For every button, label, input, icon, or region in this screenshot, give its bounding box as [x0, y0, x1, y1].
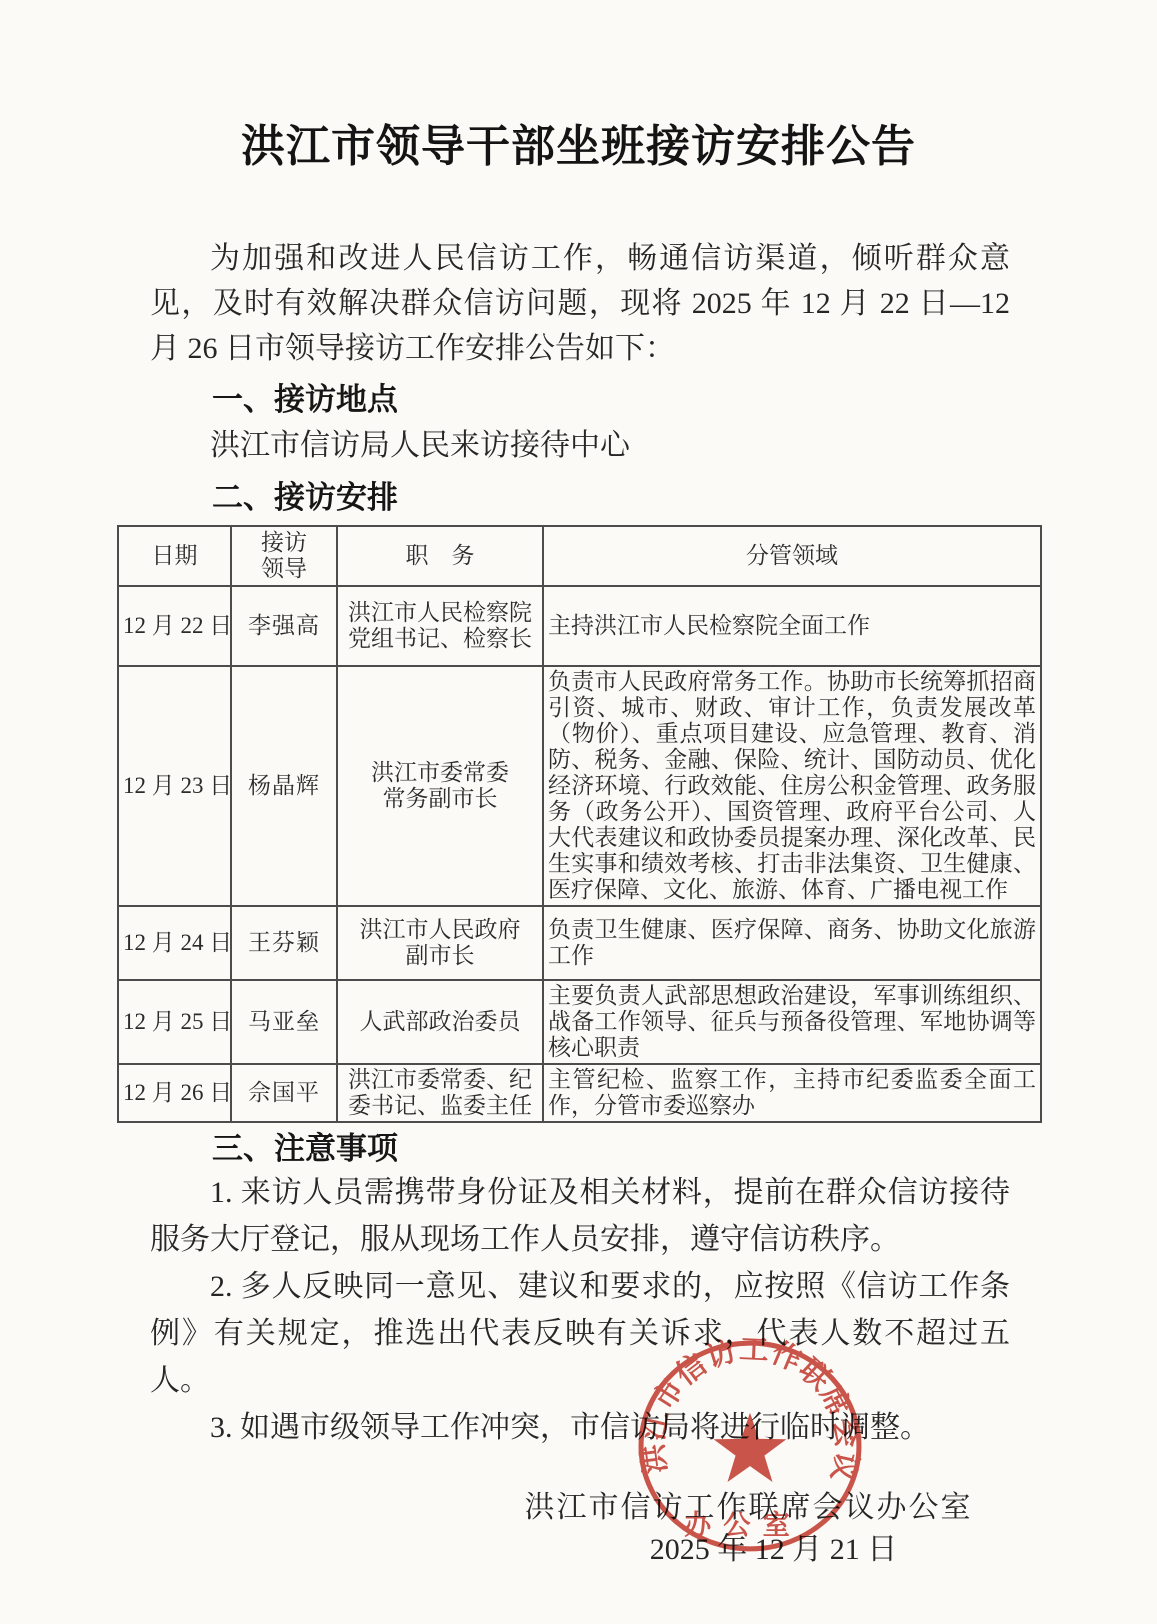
notes-section: 三、注意事项 1. 来访人员需携带身份证及相关材料，提前在群众信访接待服务大厅登… — [0, 1129, 1157, 1451]
note-item: 2. 多人反映同一意见、建议和要求的，应按照《信访工作条例》有关规定，推选出代表… — [150, 1263, 1010, 1404]
official-stamp-graphic: 洪江市信访工作联席会议 办公室 — [636, 1338, 864, 1554]
table-row: 12 月 26 日 佘国平 洪江市委常委、纪 委书记、监委主任 主管纪检、监察工… — [118, 1064, 1041, 1122]
cell-date: 12 月 22 日 — [118, 586, 231, 666]
section-heading-location: 一、接访地点 — [150, 377, 1010, 423]
red-star-icon — [714, 1413, 787, 1482]
signature-block: 洪江市信访工作联席会议办公室 2025 年 12 月 21 日 — [0, 1487, 1157, 1571]
cell-duties: 主管纪检、监察工作，主持市纪委监委全面工作，分管市委巡察办 — [543, 1064, 1041, 1122]
header-duties: 分管领域 — [543, 526, 1041, 586]
stamp-bottom-text: 办公室 — [684, 1510, 802, 1540]
cell-leader: 佘国平 — [231, 1064, 337, 1122]
cell-date: 12 月 23 日 — [118, 666, 231, 906]
table-header-row: 日期 接访 领导 职 务 分管领域 — [118, 526, 1041, 586]
cell-duties: 负责市人民政府常务工作。协助市长统筹抓招商引资、城市、财政、审计工作，负责发展改… — [543, 666, 1041, 906]
table-row: 12 月 23 日 杨晶辉 洪江市委常委 常务副市长 负责市人民政府常务工作。协… — [118, 666, 1041, 906]
note-item: 3. 如遇市级领导工作冲突，市信访局将进行临时调整。 — [150, 1404, 1010, 1451]
page-title: 洪江市领导干部坐班接访安排公告 — [0, 116, 1157, 178]
cell-date: 12 月 24 日 — [118, 906, 231, 980]
table-row: 12 月 22 日 李强高 洪江市人民检察院 党组书记、检察长 主持洪江市人民检… — [118, 586, 1041, 666]
official-stamp: 洪江市信访工作联席会议 办公室 — [636, 1338, 864, 1554]
schedule-table: 日期 接访 领导 职 务 分管领域 12 月 22 日 李强高 洪江市人民检察院… — [117, 525, 1042, 1123]
table-row: 12 月 25 日 马亚垒 人武部政治委员 主要负责人武部思想政治建设，军事训练… — [118, 980, 1041, 1064]
cell-duties: 主持洪江市人民检察院全面工作 — [543, 586, 1041, 666]
note-item: 1. 来访人员需携带身份证及相关材料，提前在群众信访接待服务大厅登记，服从现场工… — [150, 1169, 1010, 1263]
header-position: 职 务 — [337, 526, 543, 586]
cell-date: 12 月 25 日 — [118, 980, 231, 1064]
cell-duties: 主要负责人武部思想政治建设，军事训练组织、战备工作领导、征兵与预备役管理、军地协… — [543, 980, 1041, 1064]
cell-position: 人武部政治委员 — [337, 980, 543, 1064]
reception-location-line: 洪江市信访局人民来访接待中心 — [150, 423, 1010, 469]
cell-date: 12 月 26 日 — [118, 1064, 231, 1122]
cell-leader: 马亚垒 — [231, 980, 337, 1064]
cell-leader: 杨晶辉 — [231, 666, 337, 906]
section-heading-notes: 三、注意事项 — [150, 1129, 1010, 1169]
announcement-page: 洪江市领导干部坐班接访安排公告 为加强和改进人民信访工作，畅通信访渠道，倾听群众… — [0, 0, 1157, 1624]
cell-position: 洪江市人民检察院 党组书记、检察长 — [337, 586, 543, 666]
header-date: 日期 — [118, 526, 231, 586]
cell-position: 洪江市人民政府 副市长 — [337, 906, 543, 980]
section-heading-schedule: 二、接访安排 — [150, 475, 1010, 521]
header-leader: 接访 领导 — [231, 526, 337, 586]
intro-paragraph: 为加强和改进人民信访工作，畅通信访渠道，倾听群众意见，及时有效解决群众信访问题，… — [150, 236, 1010, 371]
cell-position: 洪江市委常委、纪 委书记、监委主任 — [337, 1064, 543, 1122]
table-row: 12 月 24 日 王芬颖 洪江市人民政府 副市长 负责卫生健康、医疗保障、商务… — [118, 906, 1041, 980]
cell-duties: 负责卫生健康、医疗保障、商务、协助文化旅游工作 — [543, 906, 1041, 980]
cell-position: 洪江市委常委 常务副市长 — [337, 666, 543, 906]
cell-leader: 王芬颖 — [231, 906, 337, 980]
cell-leader: 李强高 — [231, 586, 337, 666]
